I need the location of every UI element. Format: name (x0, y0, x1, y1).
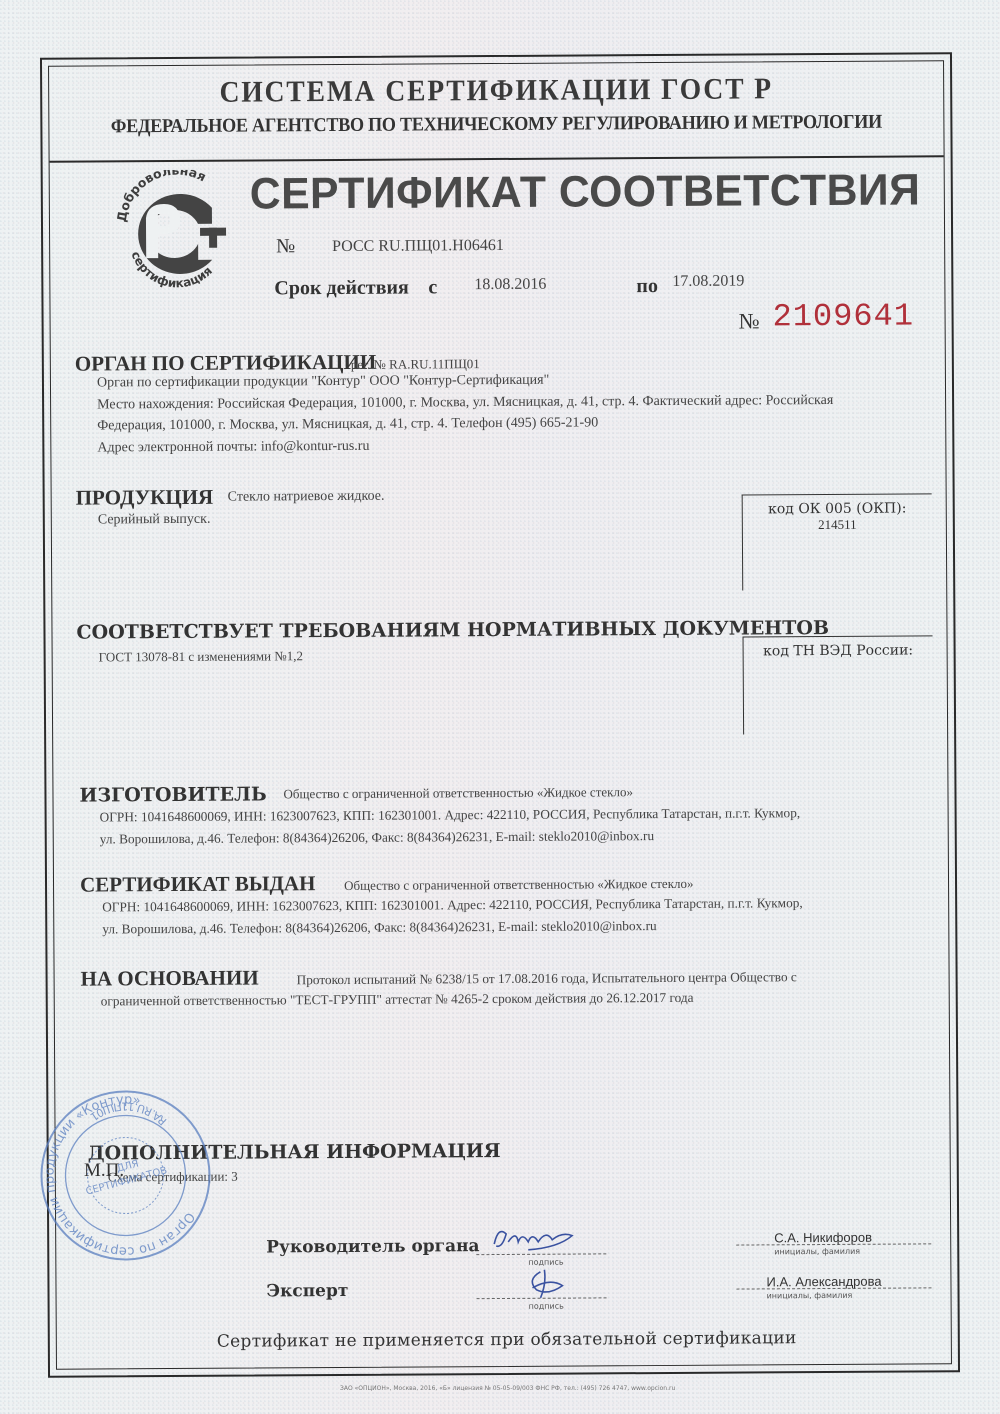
footer-note: Сертификат не применяется при обязательн… (217, 1328, 797, 1352)
expert-name: И.А. Александрова (766, 1274, 881, 1290)
head-signature-row: Руководитель органа подпись С.А. Никифор… (266, 1229, 920, 1273)
printer-imprint: ЗАО «ОПЦИОН», Москва, 2016, «Б» лицензия… (340, 1385, 675, 1392)
issued-to-details: ОГРН: 1041648600069, ИНН: 1623007623, КП… (102, 891, 942, 939)
valid-to-date: 17.08.2019 (672, 272, 744, 290)
header-band: СИСТЕМА СЕРТИФИКАЦИИ ГОСТ Р ФЕДЕРАЛЬНОЕ … (49, 61, 944, 162)
product-name: Стекло натриевое жидкое. (228, 486, 385, 508)
head-name: С.А. Никифоров (774, 1230, 872, 1246)
basis-line-2: ограниченной ответственностью "ТЕСТ-ГРУП… (101, 987, 694, 1012)
manufacturer-details: ОГРН: 1041648600069, ИНН: 1623007623, КП… (100, 801, 940, 849)
basis-title: НА ОСНОВАНИИ (81, 965, 259, 991)
agency-name: ФЕДЕРАЛЬНОЕ АГЕНТСТВО ПО ТЕХНИЧЕСКОМУ РЕ… (81, 111, 913, 138)
certification-body-details: Орган по сертификации продукции "Контур"… (97, 367, 928, 458)
validity-label: Срок действия (274, 277, 409, 301)
tnved-code-label: код ТН ВЭД России: (744, 642, 933, 659)
manufacturer-title: ИЗГОТОВИТЕЛЬ (79, 783, 266, 806)
expert-sign-caption: подпись (529, 1302, 564, 1311)
okp-code-value: 214511 (743, 516, 932, 533)
system-title: СИСТЕМА СЕРТИФИКАЦИИ ГОСТ Р (85, 71, 908, 110)
expert-label: Эксперт (266, 1281, 348, 1301)
expert-signature-icon (522, 1266, 572, 1302)
compliance-standard: ГОСТ 13078-81 с изменениями №1,2 (99, 645, 303, 668)
certificate-title: СЕРТИФИКАТ СООТВЕТСТВИЯ (250, 165, 921, 219)
okp-code-box: код ОК 005 (ОКП): 214511 (742, 493, 933, 590)
compliance-title: СООТВЕТСТВУЕТ ТРЕБОВАНИЯМ НОРМАТИВНЫХ ДО… (76, 617, 829, 644)
rst-logo-icon: Добровольная сертификация (112, 170, 239, 293)
certification-body-line: Адрес электронной почты: info@kontur-rus… (97, 432, 927, 459)
head-name-caption: инициалы, фамилия (774, 1247, 860, 1257)
validity-to-label: по (636, 275, 658, 298)
okp-code-label: код ОК 005 (ОКП): (743, 500, 932, 517)
validity-from-label: с (428, 276, 437, 299)
stamp-place-label: М.П. (84, 1160, 124, 1182)
form-number-label: № (739, 308, 760, 334)
manufacturer-name: Общество с ограниченной ответственностью… (283, 781, 633, 805)
issued-to-title: СЕРТИФИКАТ ВЫДАН (80, 871, 316, 897)
expert-signature-row: Эксперт подпись И.А. Александрова инициа… (266, 1273, 920, 1317)
valid-from-date: 18.08.2016 (474, 276, 546, 294)
form-number: 2109641 (772, 297, 914, 335)
product-production: Серийный выпуск. (98, 509, 211, 531)
head-signature-icon (488, 1224, 578, 1257)
manufacturer-line: ул. Ворошилова, д.46. Телефон: 8(84364)2… (100, 823, 940, 850)
tnved-code-box: код ТН ВЭД России: (743, 635, 934, 734)
product-title: ПРОДУКЦИЯ (76, 485, 214, 511)
certification-stamp-icon: Орган по сертификации продукции «Контур»… (38, 1088, 213, 1263)
certificate-number-label: № (276, 235, 295, 258)
certificate-number: РОСС RU.ПЩ01.Н06461 (332, 237, 504, 256)
head-label: Руководитель органа (266, 1236, 479, 1257)
issued-to-line: ул. Ворошилова, д.46. Телефон: 8(84364)2… (102, 913, 942, 940)
expert-name-caption: инициалы, фамилия (767, 1291, 853, 1301)
